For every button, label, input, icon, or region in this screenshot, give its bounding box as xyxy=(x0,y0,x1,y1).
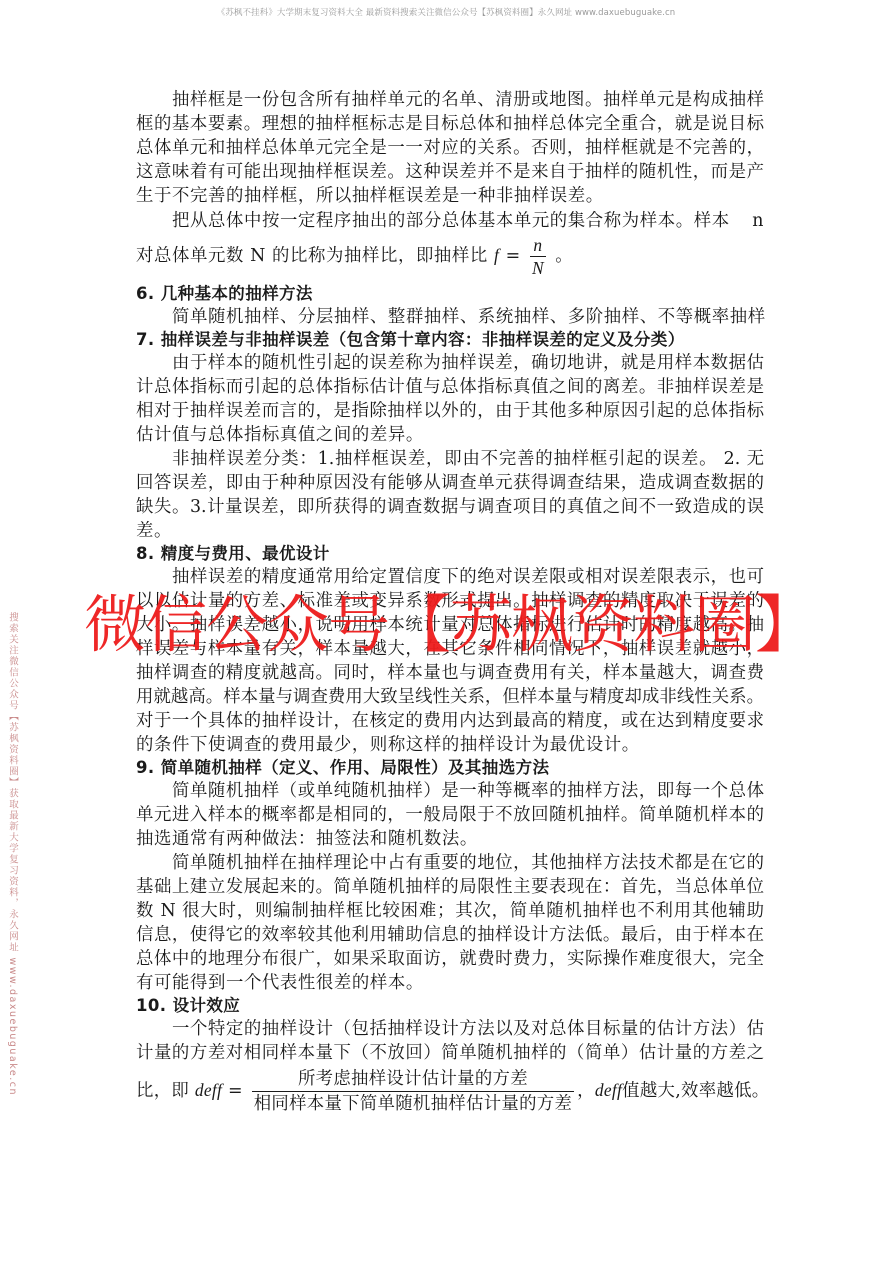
paragraph-line: 抽样框是一份包含所有抽样单元的名单、清册或地图。抽样单元是构成抽样 xyxy=(172,90,764,110)
sample-text: 把从总体中按一定程序抽出的部分总体基本单元的集合称为样本。样本 xyxy=(172,211,730,231)
section-heading-9: 9. 简单随机抽样（定义、作用、局限性）及其抽选方法 xyxy=(136,758,549,778)
paragraph-line: 计量的方差对相同样本量下（不放回）简单随机抽样的（简单）估计量的方差之 xyxy=(136,1043,764,1063)
paragraph-line: 简单随机抽样（或单纯随机抽样）是一种等概率的抽样方法，即每一个总体 xyxy=(172,781,764,801)
paragraph-line: 单元进入样本的概率都是相同的，一般局限于不放回随机抽样。简单随机样本的 xyxy=(136,805,764,825)
paragraph-line: 差。 xyxy=(136,521,172,541)
paragraph-line: 用就越高。样本量与调查费用大致呈线性关系，但样本量与精度却成非线性关系。 xyxy=(136,687,764,707)
paragraph-line: 有可能得到一个代表性很差的样本。 xyxy=(136,973,424,993)
section-heading-7: 7. 抽样误差与非抽样误差（包含第十章内容：非抽样误差的定义及分类） xyxy=(136,330,685,350)
paragraph-line: 简单随机抽样在抽样理论中占有重要的地位，其他抽样方法技术都是在它的 xyxy=(172,853,764,873)
variable-n: n xyxy=(752,211,764,231)
section-heading-8: 8. 精度与费用、最优设计 xyxy=(136,544,330,564)
deff-fraction: 所考虑抽样设计估计量的方差 相同样本量下简单随机抽样估计量的方差 xyxy=(252,1068,574,1115)
paragraph-line: 抽样误差的精度通常用给定置信度下的绝对误差限或相对误差限表示，也可 xyxy=(172,567,764,587)
paragraph-line: 框的基本要素。理想的抽样框标志是目标总体和抽样总体完全重合，就是说目标 xyxy=(136,114,764,134)
fraction-numerator: 所考虑抽样设计估计量的方差 xyxy=(252,1068,574,1092)
fraction-numerator: n xyxy=(530,235,546,257)
paragraph-line: 由于样本的随机性引起的误差称为抽样误差，确切地讲，就是用样本数据估 xyxy=(172,353,764,373)
sampling-ratio-line: 对总体单元数 N 的比称为抽样比，即抽样比 f = n N 。 xyxy=(136,233,573,278)
paragraph-line: 以以估计量的方差、标准差或变异系数形式提出。抽样调查的精度取决于误差的 xyxy=(136,591,764,611)
section-heading-6: 6. 几种基本的抽样方法 xyxy=(136,284,313,304)
paragraph-line: 抽样调查的精度就越高。同时，样本量也与调查费用有关，样本量越大，调查费 xyxy=(136,663,764,683)
deff-prefix: 比，即 xyxy=(136,1081,189,1101)
paragraph-line: 估计值与总体指标真值之间的差异。 xyxy=(136,425,424,445)
paragraph-line: 把从总体中按一定程序抽出的部分总体基本单元的集合称为样本。样本 n xyxy=(172,211,764,231)
period: 。 xyxy=(555,246,573,266)
formula-f: f xyxy=(494,245,499,265)
paragraph-line: 基础上建立发展起来的。简单随机抽样的局限性主要表现在：首先，当总体单位 xyxy=(136,877,764,897)
paragraph-line: 生于不完善的抽样框，所以抽样框误差是一种非抽样误差。 xyxy=(136,186,604,206)
deff-conclusion: 值越大,效率越低。 xyxy=(622,1081,769,1101)
sampling-ratio-text: 对总体单元数 N 的比称为抽样比，即抽样比 xyxy=(136,246,488,266)
fraction-denominator: N xyxy=(530,257,546,278)
formula-deff: deff xyxy=(195,1080,222,1100)
paragraph-line: 抽选通常有两种做法：抽签法和随机数法。 xyxy=(136,829,478,849)
paragraph-line: 非抽样误差分类：1.抽样框误差，即由不完善的抽样框引起的误差。 2. 无 xyxy=(172,449,764,469)
deff-formula-line: 比，即 deff = 所考虑抽样设计估计量的方差 相同样本量下简单随机抽样估计量… xyxy=(136,1066,770,1115)
fraction-n-over-N: n N xyxy=(530,235,546,278)
fraction-denominator: 相同样本量下简单随机抽样估计量的方差 xyxy=(252,1092,574,1115)
paragraph-line: 数 N 很大时，则编制抽样框比较困难；其次，简单随机抽样也不利用其他辅助 xyxy=(136,901,764,921)
page-header-watermark: 《苏枫不挂科》大学期末复习资料大全 最新资料搜索关注微信公众号【苏枫资料圈】永久… xyxy=(0,6,892,18)
paragraph-line: 简单随机抽样、分层抽样、整群抽样、系统抽样、多阶抽样、不等概率抽样 xyxy=(172,307,766,327)
section-heading-10: 10. 设计效应 xyxy=(136,996,240,1016)
deff-label: deff xyxy=(595,1080,622,1100)
paragraph-line: 相对于抽样误差而言的，是指除抽样以外的，由于其他多种原因引起的总体指标 xyxy=(136,401,764,421)
paragraph-line: 样误差与样本量有关，样本量越大，在其它条件相同情况下，抽样误差就越小， xyxy=(136,639,764,659)
formula-equals: = xyxy=(506,246,521,266)
paragraph-line: 信息，使得它的效率较其他利用辅助信息的抽样设计方法低。最后，由于样本在 xyxy=(136,925,764,945)
paragraph-line: 的条件下使调查的费用最少，则称这样的抽样设计为最优设计。 xyxy=(136,735,640,755)
paragraph-line: 这意味着有可能出现抽样框误差。这种误差并不是来自于抽样的随机性，而是产 xyxy=(136,162,764,182)
paragraph-line: 大小。抽样误差越小，说明用样本统计量对总体指标进行估计时的精度越高。抽 xyxy=(136,615,764,635)
paragraph-line: 回答误差，即由于种种原因没有能够从调查单元获得调查结果，造成调查数据的 xyxy=(136,473,764,493)
paragraph-line: 缺失。3.计量误差，即所获得的调查数据与调查项目的真值之间不一致造成的误 xyxy=(136,497,764,517)
paragraph-line: 总体中的地理分布很广，如果采取面访，就费时费力，实际操作难度很大，完全 xyxy=(136,949,764,969)
paragraph-line: 总体单元和抽样总体单元完全是一一对应的关系。否则，抽样框就是不完善的， xyxy=(136,138,764,158)
comma: ， xyxy=(577,1081,595,1101)
formula-equals: = xyxy=(228,1081,243,1101)
paragraph-line: 对于一个具体的抽样设计，在核定的费用内达到最高的精度，或在达到精度要求 xyxy=(136,711,764,731)
paragraph-line: 一个特定的抽样设计（包括抽样设计方法以及对总体目标量的估计方法）估 xyxy=(172,1019,764,1039)
side-watermark: 搜索关注微信公众号【苏枫资料圈】获取最新大学复习资料，永久网址 www.daxu… xyxy=(3,612,19,1052)
paragraph-line: 计总体指标而引起的总体指标估计值与总体指标真值之间的离差。非抽样误差是 xyxy=(136,377,764,397)
